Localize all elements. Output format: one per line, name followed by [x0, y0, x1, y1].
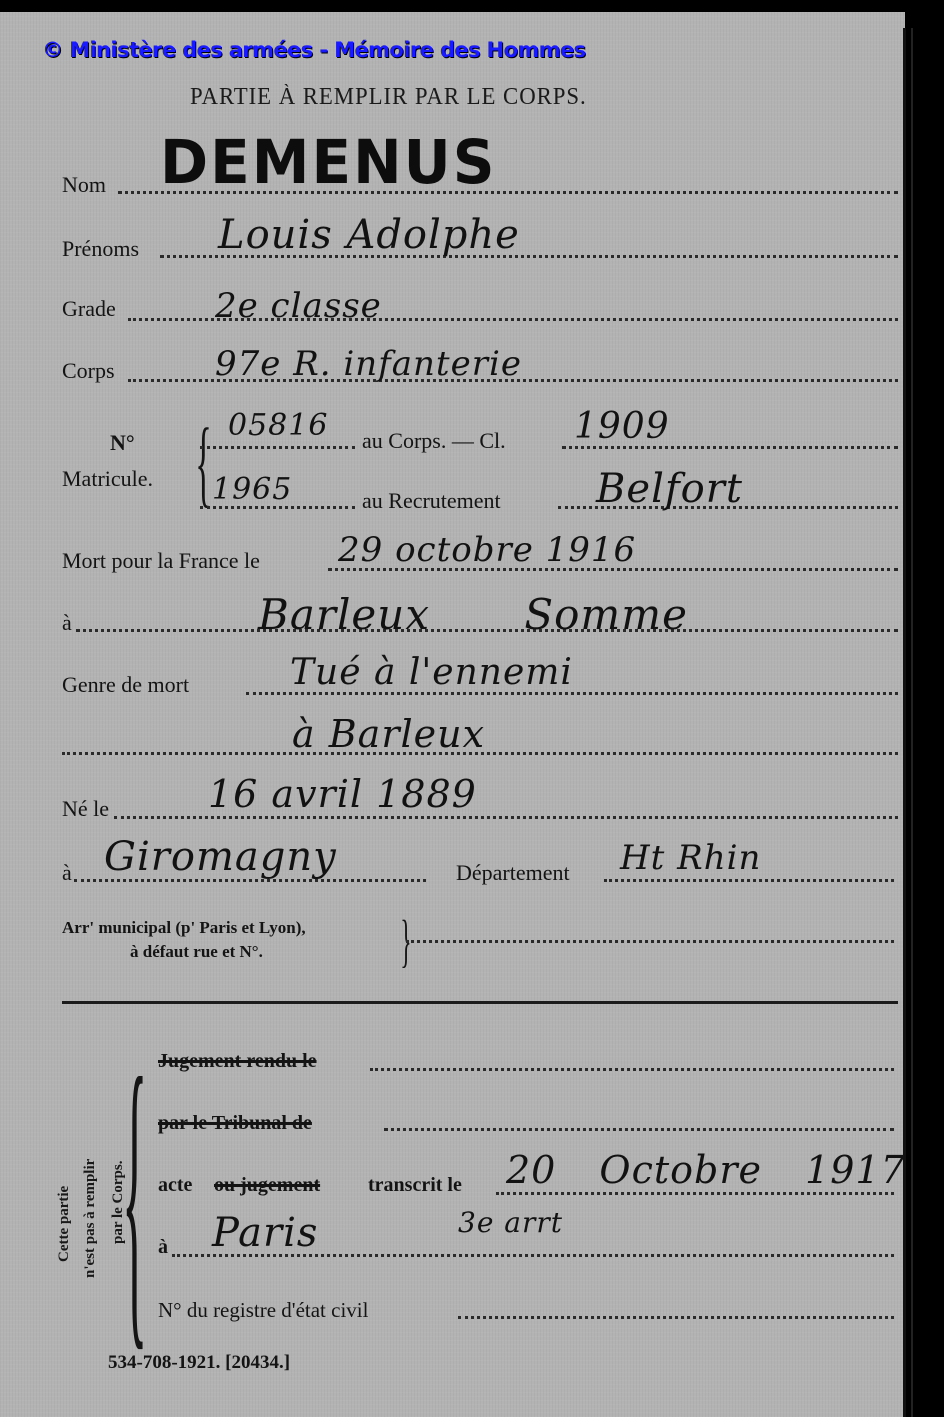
print-reference: 534-708-1921. [20434.]	[108, 1352, 290, 1374]
departement-label: Département	[456, 860, 570, 886]
jugement-label: Jugement rendu le	[158, 1050, 317, 1073]
section-divider	[62, 1001, 898, 1004]
copyright-watermark: © Ministère des armées - Mémoire des Hom…	[42, 38, 585, 62]
tribunal-line	[384, 1128, 894, 1131]
acte-line	[496, 1192, 894, 1195]
mort-value: 29 octobre 1916	[338, 530, 636, 570]
naissance-value: 16 avril 1889	[208, 772, 477, 816]
classe-value: 1909	[574, 406, 670, 447]
matricule-corps-number: 05816	[228, 408, 328, 443]
arrondissement-label-2: à défaut rue et N°.	[130, 942, 263, 962]
naissance-line	[114, 816, 898, 819]
lieu-arrondissement-value: 3e arrt	[458, 1206, 563, 1239]
lieu-mort-label: à	[62, 610, 72, 636]
grade-value: 2e classe	[215, 286, 382, 326]
naissance-label: Né le	[62, 796, 109, 822]
arrondissement-line	[406, 940, 894, 943]
genre-mort-value-2: à Barleux	[292, 712, 485, 756]
side-note-1: Cette partie	[56, 1186, 73, 1262]
form-heading: PARTIE À REMPLIR PAR LE CORPS.	[190, 84, 587, 111]
nom-label: Nom	[62, 172, 106, 198]
acte-value: 20 Octobre 1917	[506, 1148, 906, 1192]
lieu-transcription-value: Paris	[212, 1210, 318, 1256]
matricule-corps-label: au Corps. — Cl.	[362, 428, 506, 454]
genre-mort-value-1: Tué à l'ennemi	[290, 652, 573, 693]
lieu-transcription-label: à	[158, 1236, 168, 1259]
matricule-corps-line	[200, 446, 355, 449]
genre-mort-label: Genre de mort	[62, 672, 189, 698]
tribunal-label: par le Tribunal de	[158, 1112, 312, 1135]
recrutement-place-value: Belfort	[596, 466, 743, 512]
matricule-label-bottom: Matricule.	[62, 466, 153, 492]
grade-label: Grade	[62, 296, 116, 322]
matricule-recrutement-number: 1965	[212, 472, 292, 507]
card-border-line	[903, 28, 906, 1417]
mort-label: Mort pour la France le	[62, 548, 260, 574]
registre-line	[458, 1316, 894, 1319]
prenoms-value: Louis Adolphe	[218, 212, 520, 258]
acte-suffix: transcrit le	[368, 1174, 462, 1197]
matricule-brace: {	[195, 414, 211, 512]
matricule-label-top: N°	[110, 430, 135, 456]
side-note-2: n'est pas à remplir	[82, 1159, 99, 1278]
recrutement-label: au Recrutement	[362, 488, 501, 514]
departement-line	[604, 879, 894, 882]
prenoms-label: Prénoms	[62, 236, 139, 262]
registre-label: N° du registre d'état civil	[158, 1298, 368, 1323]
lieu-mort-value: Barleux Somme	[258, 590, 688, 639]
arrondissement-label-1: Arr' municipal (p' Paris et Lyon),	[62, 918, 306, 938]
acte-struck-text: ou jugement	[214, 1174, 320, 1197]
jugement-line	[370, 1068, 894, 1071]
nom-value: DEMENUS	[160, 126, 497, 197]
lieu-naissance-label: à	[62, 860, 72, 886]
corps-value: 97e R. infanterie	[215, 344, 522, 384]
lieu-naissance-value: Giromagny	[104, 834, 337, 880]
acte-prefix: acte	[158, 1174, 192, 1197]
card-border-line	[911, 28, 913, 1417]
lower-brace: {	[122, 1030, 147, 1360]
corps-label: Corps	[62, 358, 115, 384]
departement-value: Ht Rhin	[620, 838, 761, 878]
